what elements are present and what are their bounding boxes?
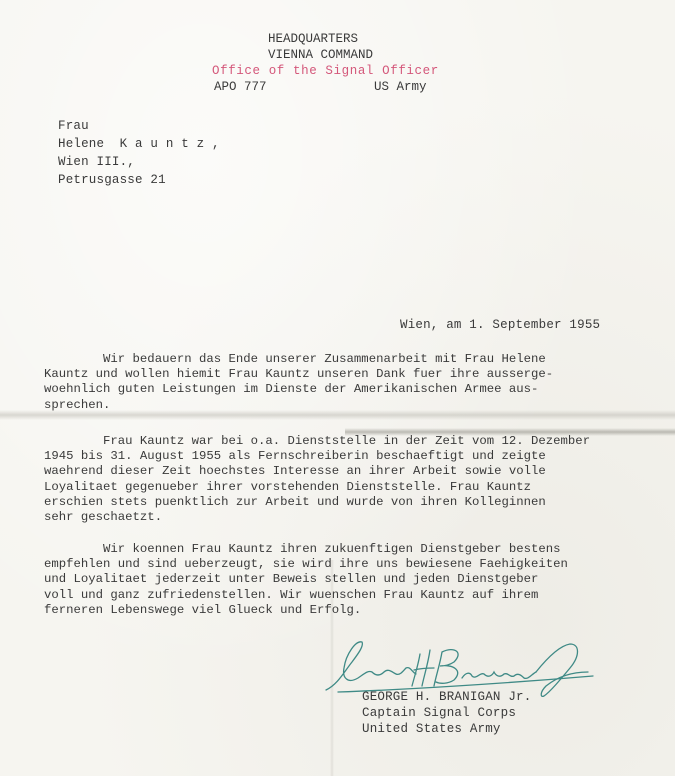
signatory-rank: Captain Signal Corps	[362, 705, 531, 721]
letter-date: Wien, am 1. September 1955	[400, 318, 600, 333]
letterhead-apo: APO 777	[214, 80, 267, 94]
typed-line: sehr geschaetzt.	[44, 510, 590, 525]
typed-line: Kauntz und wollen hiemit Frau Kauntz uns…	[44, 367, 553, 382]
typed-line: Wir koennen Frau Kauntz ihren zukuenftig…	[44, 542, 568, 557]
typed-line: ferneren Lebenswege viel Glueck und Erfo…	[44, 603, 568, 618]
recipient-salutation: Frau	[58, 117, 220, 135]
recipient-city: Wien III.,	[58, 153, 220, 171]
typed-line: waehrend dieser Zeit hoechstes Interesse…	[44, 464, 590, 479]
typed-line: 1945 bis 31. August 1955 als Fernschreib…	[44, 449, 590, 464]
typed-line: und Loyalitaet jederzeit unter Beweis st…	[44, 572, 568, 587]
signatory-name: GEORGE H. BRANIGAN Jr.	[362, 689, 531, 705]
letterhead-command: VIENNA COMMAND	[268, 48, 373, 62]
typed-line: empfehlen und sind ueberzeugt, sie wird …	[44, 557, 568, 572]
typed-line: sprechen.	[44, 398, 553, 413]
recipient-name: Helene K a u n t z ,	[58, 135, 220, 153]
typed-line: voll und ganz zufriedenstellen. Wir wuen…	[44, 588, 568, 603]
recipient-address: FrauHelene K a u n t z ,Wien III.,Petrus…	[58, 117, 220, 189]
letterhead-office-stamp: Office of the Signal Officer	[212, 64, 439, 78]
body-paragraph-1: Wir bedauern das Ende unserer Zusammenar…	[44, 352, 553, 413]
letterhead-branch: US Army	[374, 80, 427, 94]
body-paragraph-2: Frau Kauntz war bei o.a. Dienststelle in…	[44, 434, 590, 525]
typed-line: Frau Kauntz war bei o.a. Dienststelle in…	[44, 434, 590, 449]
signatory-organization: United States Army	[362, 721, 531, 737]
typed-line: Loyalitaet gegenueber ihrer vorstehenden…	[44, 480, 590, 495]
signature-block: GEORGE H. BRANIGAN Jr.Captain Signal Cor…	[362, 689, 531, 737]
typed-line: erschien stets puenktlich zur Arbeit und…	[44, 495, 590, 510]
letterhead-headquarters: HEADQUARTERS	[268, 32, 358, 46]
typed-line: woehnlich guten Leistungen im Dienste de…	[44, 382, 553, 397]
recipient-street: Petrusgasse 21	[58, 171, 220, 189]
body-paragraph-3: Wir koennen Frau Kauntz ihren zukuenftig…	[44, 542, 568, 618]
typed-line: Wir bedauern das Ende unserer Zusammenar…	[44, 352, 553, 367]
